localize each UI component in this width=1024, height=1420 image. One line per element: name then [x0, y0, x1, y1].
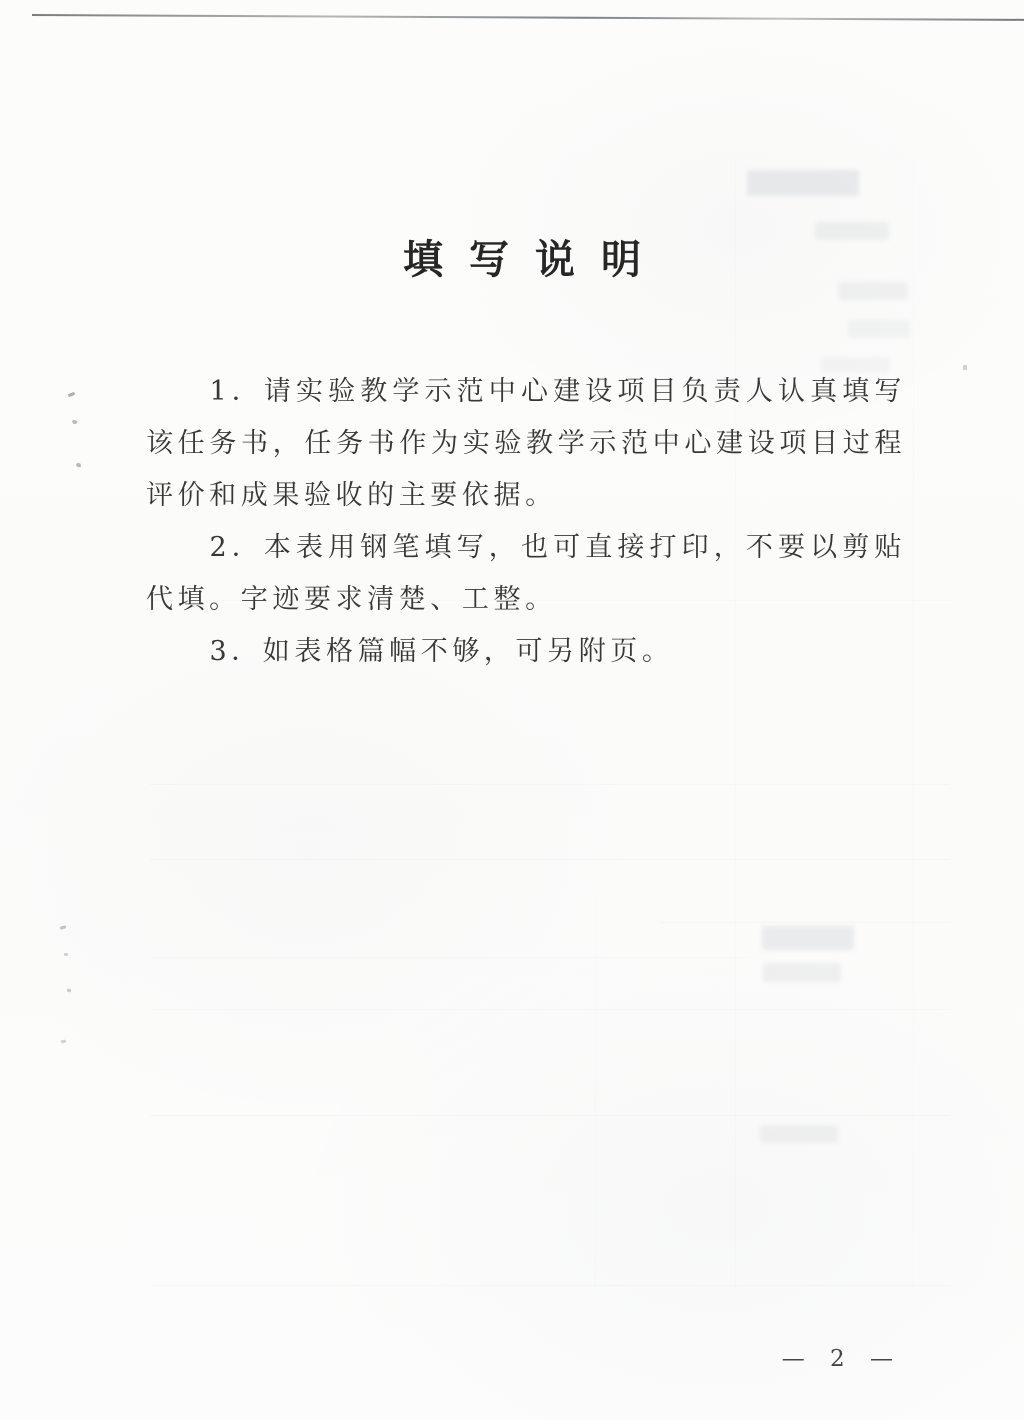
ink-speck — [64, 953, 68, 956]
bleedthrough-gridline — [150, 1009, 950, 1010]
ink-speck — [71, 419, 77, 425]
ink-speck — [68, 392, 76, 397]
instruction-paragraph-2: 2．本表用钢笔填写，也可直接打印，不要以剪贴代填。字迹要求清楚、工整。 — [146, 522, 906, 626]
scanned-document-page: 填写说明 1．请实验教学示范中心建设项目负责人认真填写该任务书，任务书作为实验教… — [0, 0, 1024, 1420]
bleedthrough-text-artifact — [848, 320, 910, 338]
bleedthrough-gridline — [150, 1285, 950, 1286]
bleedthrough-text-artifact — [762, 926, 854, 950]
bleedthrough-gridline — [913, 160, 914, 1290]
bleedthrough-text-artifact — [763, 963, 841, 982]
bleedthrough-gridline — [595, 900, 596, 1290]
ink-speck — [67, 988, 72, 992]
bleedthrough-text-artifact — [760, 1125, 838, 1143]
ink-speck — [61, 1040, 66, 1044]
page-number: — 2 — — [782, 1346, 902, 1372]
bleedthrough-text-artifact — [747, 170, 859, 196]
bleedthrough-gridline — [150, 859, 950, 860]
instruction-paragraph-3: 3．如表格篇幅不够，可另附页。 — [146, 626, 906, 678]
ink-speck — [76, 463, 82, 468]
instruction-paragraph-1: 1．请实验教学示范中心建设项目负责人认真填写该任务书，任务书作为实验教学示范中心… — [146, 366, 906, 522]
scan-edge-artifact — [32, 14, 1024, 21]
instructions-section: 1．请实验教学示范中心建设项目负责人认真填写该任务书，任务书作为实验教学示范中心… — [146, 366, 906, 678]
bleedthrough-gridline — [150, 1115, 950, 1116]
page-title: 填写说明 — [0, 228, 1024, 285]
bleedthrough-gridline — [150, 957, 750, 958]
ink-speck — [963, 365, 967, 370]
ink-speck — [60, 925, 67, 929]
bleedthrough-gridline — [735, 160, 736, 1290]
bleedthrough-gridline — [660, 922, 950, 923]
bleedthrough-gridline — [150, 784, 950, 785]
